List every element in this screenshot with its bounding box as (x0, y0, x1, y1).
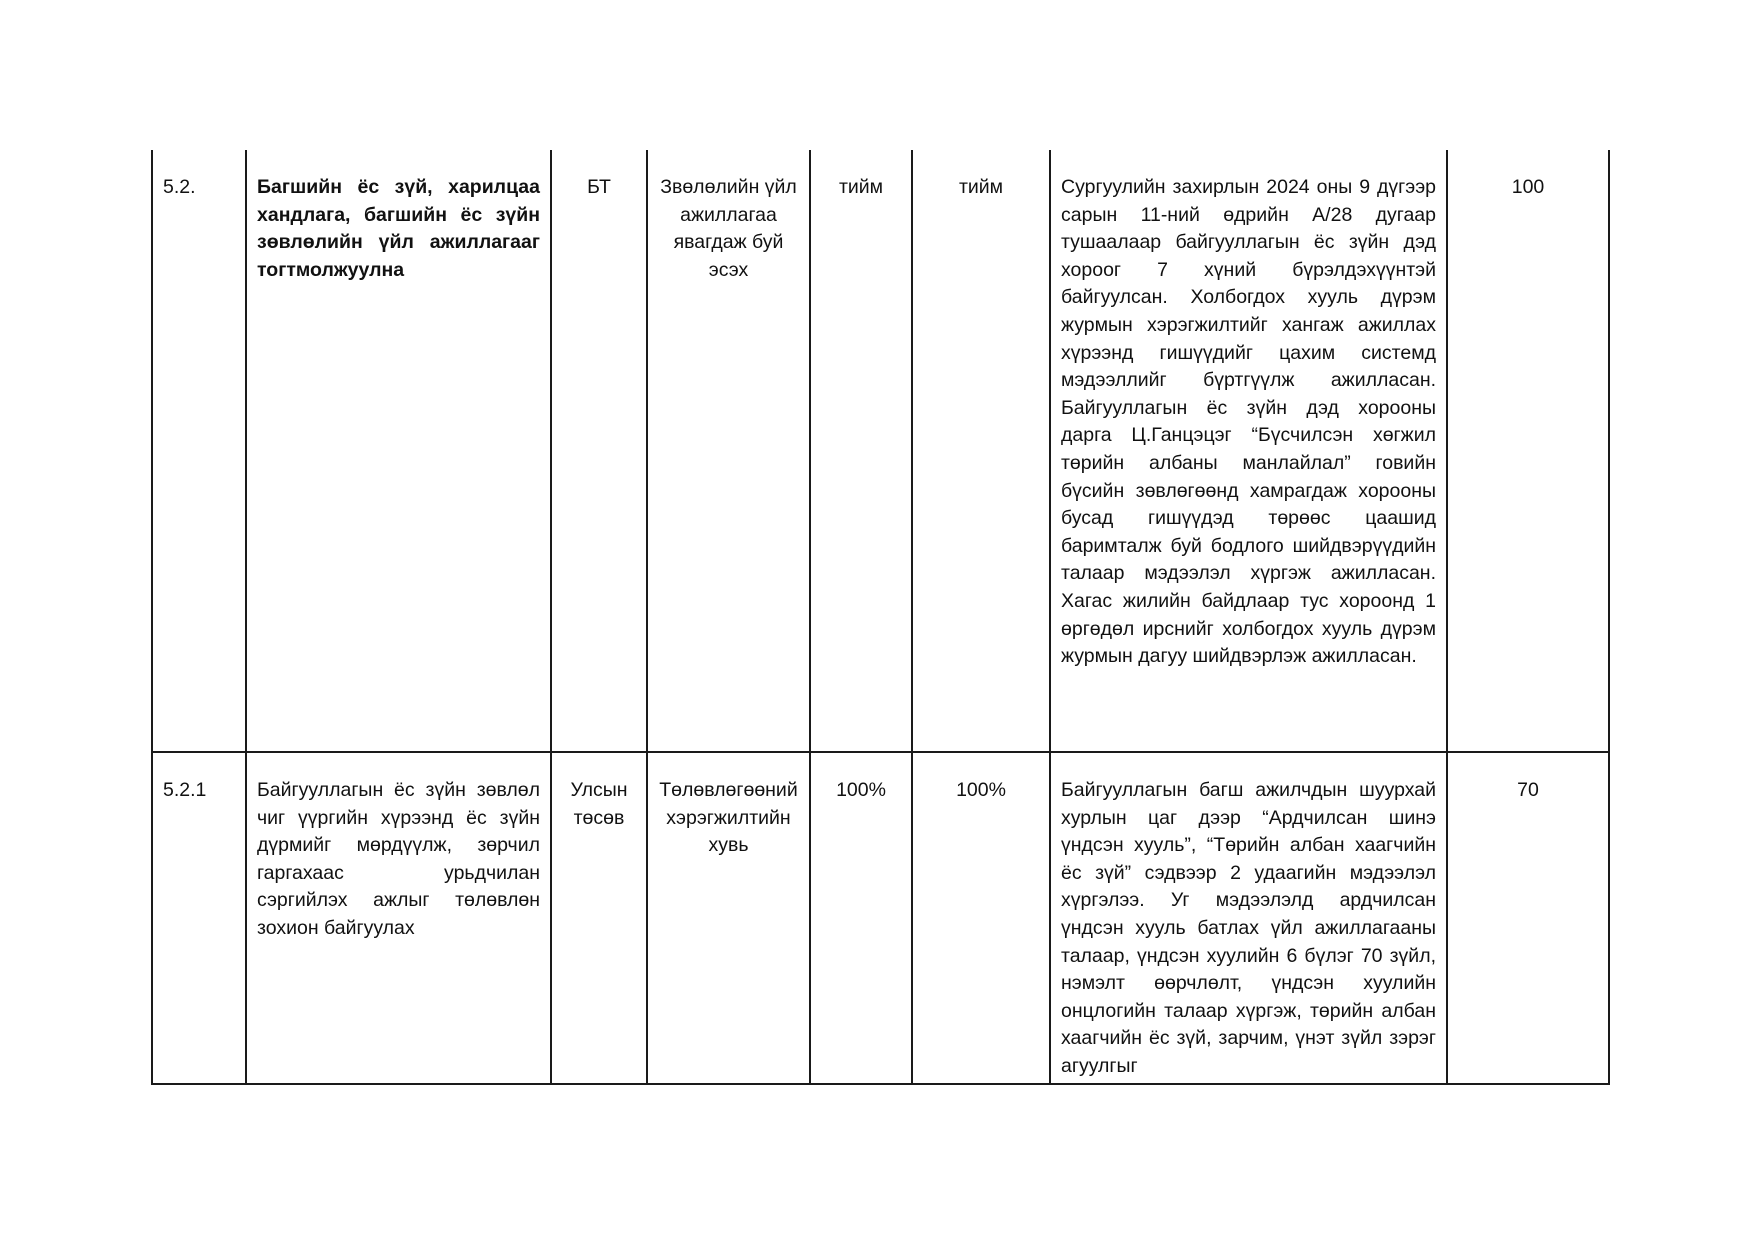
funding-cell: Улсын төсөв (551, 752, 647, 1084)
target-cell: 100% (912, 752, 1050, 1084)
implementation-text: Байгууллагын багш ажилчдын шуурхай хурлы… (1061, 777, 1436, 1083)
table-row: 5.2.1 Байгууллагын ёс зүйн зөвлөл чиг үү… (152, 752, 1609, 1084)
indicator-cell: Төлөвлөгөөний хэрэгжилтийн хувь (647, 752, 810, 1084)
implementation-cell: Байгууллагын багш ажилчдын шуурхай хурлы… (1050, 752, 1447, 1084)
target-cell: тийм (912, 150, 1050, 752)
indicator-cell: Звөлөлийн үйл ажиллагаа явагдаж буй эсэх (647, 150, 810, 752)
baseline-cell: тийм (810, 150, 912, 752)
row-number-cell: 5.2. (152, 150, 246, 752)
funding-cell: БТ (551, 150, 647, 752)
activity-cell: Багшийн ёс зүй, харилцаа хандлага, багши… (246, 150, 551, 752)
document-page: 5.2. Багшийн ёс зүй, харилцаа хандлага, … (0, 0, 1755, 1241)
baseline-cell: 100% (810, 752, 912, 1084)
action-plan-table: 5.2. Багшийн ёс зүй, харилцаа хандлага, … (151, 150, 1610, 1085)
implementation-cell: Сургуулийн захирлын 2024 оны 9 дүгээр са… (1050, 150, 1447, 752)
table-row: 5.2. Багшийн ёс зүй, харилцаа хандлага, … (152, 150, 1609, 752)
score-cell: 100 (1447, 150, 1609, 752)
activity-cell: Байгууллагын ёс зүйн зөвлөл чиг үүргийн … (246, 752, 551, 1084)
row-number-cell: 5.2.1 (152, 752, 246, 1084)
score-cell: 70 (1447, 752, 1609, 1084)
